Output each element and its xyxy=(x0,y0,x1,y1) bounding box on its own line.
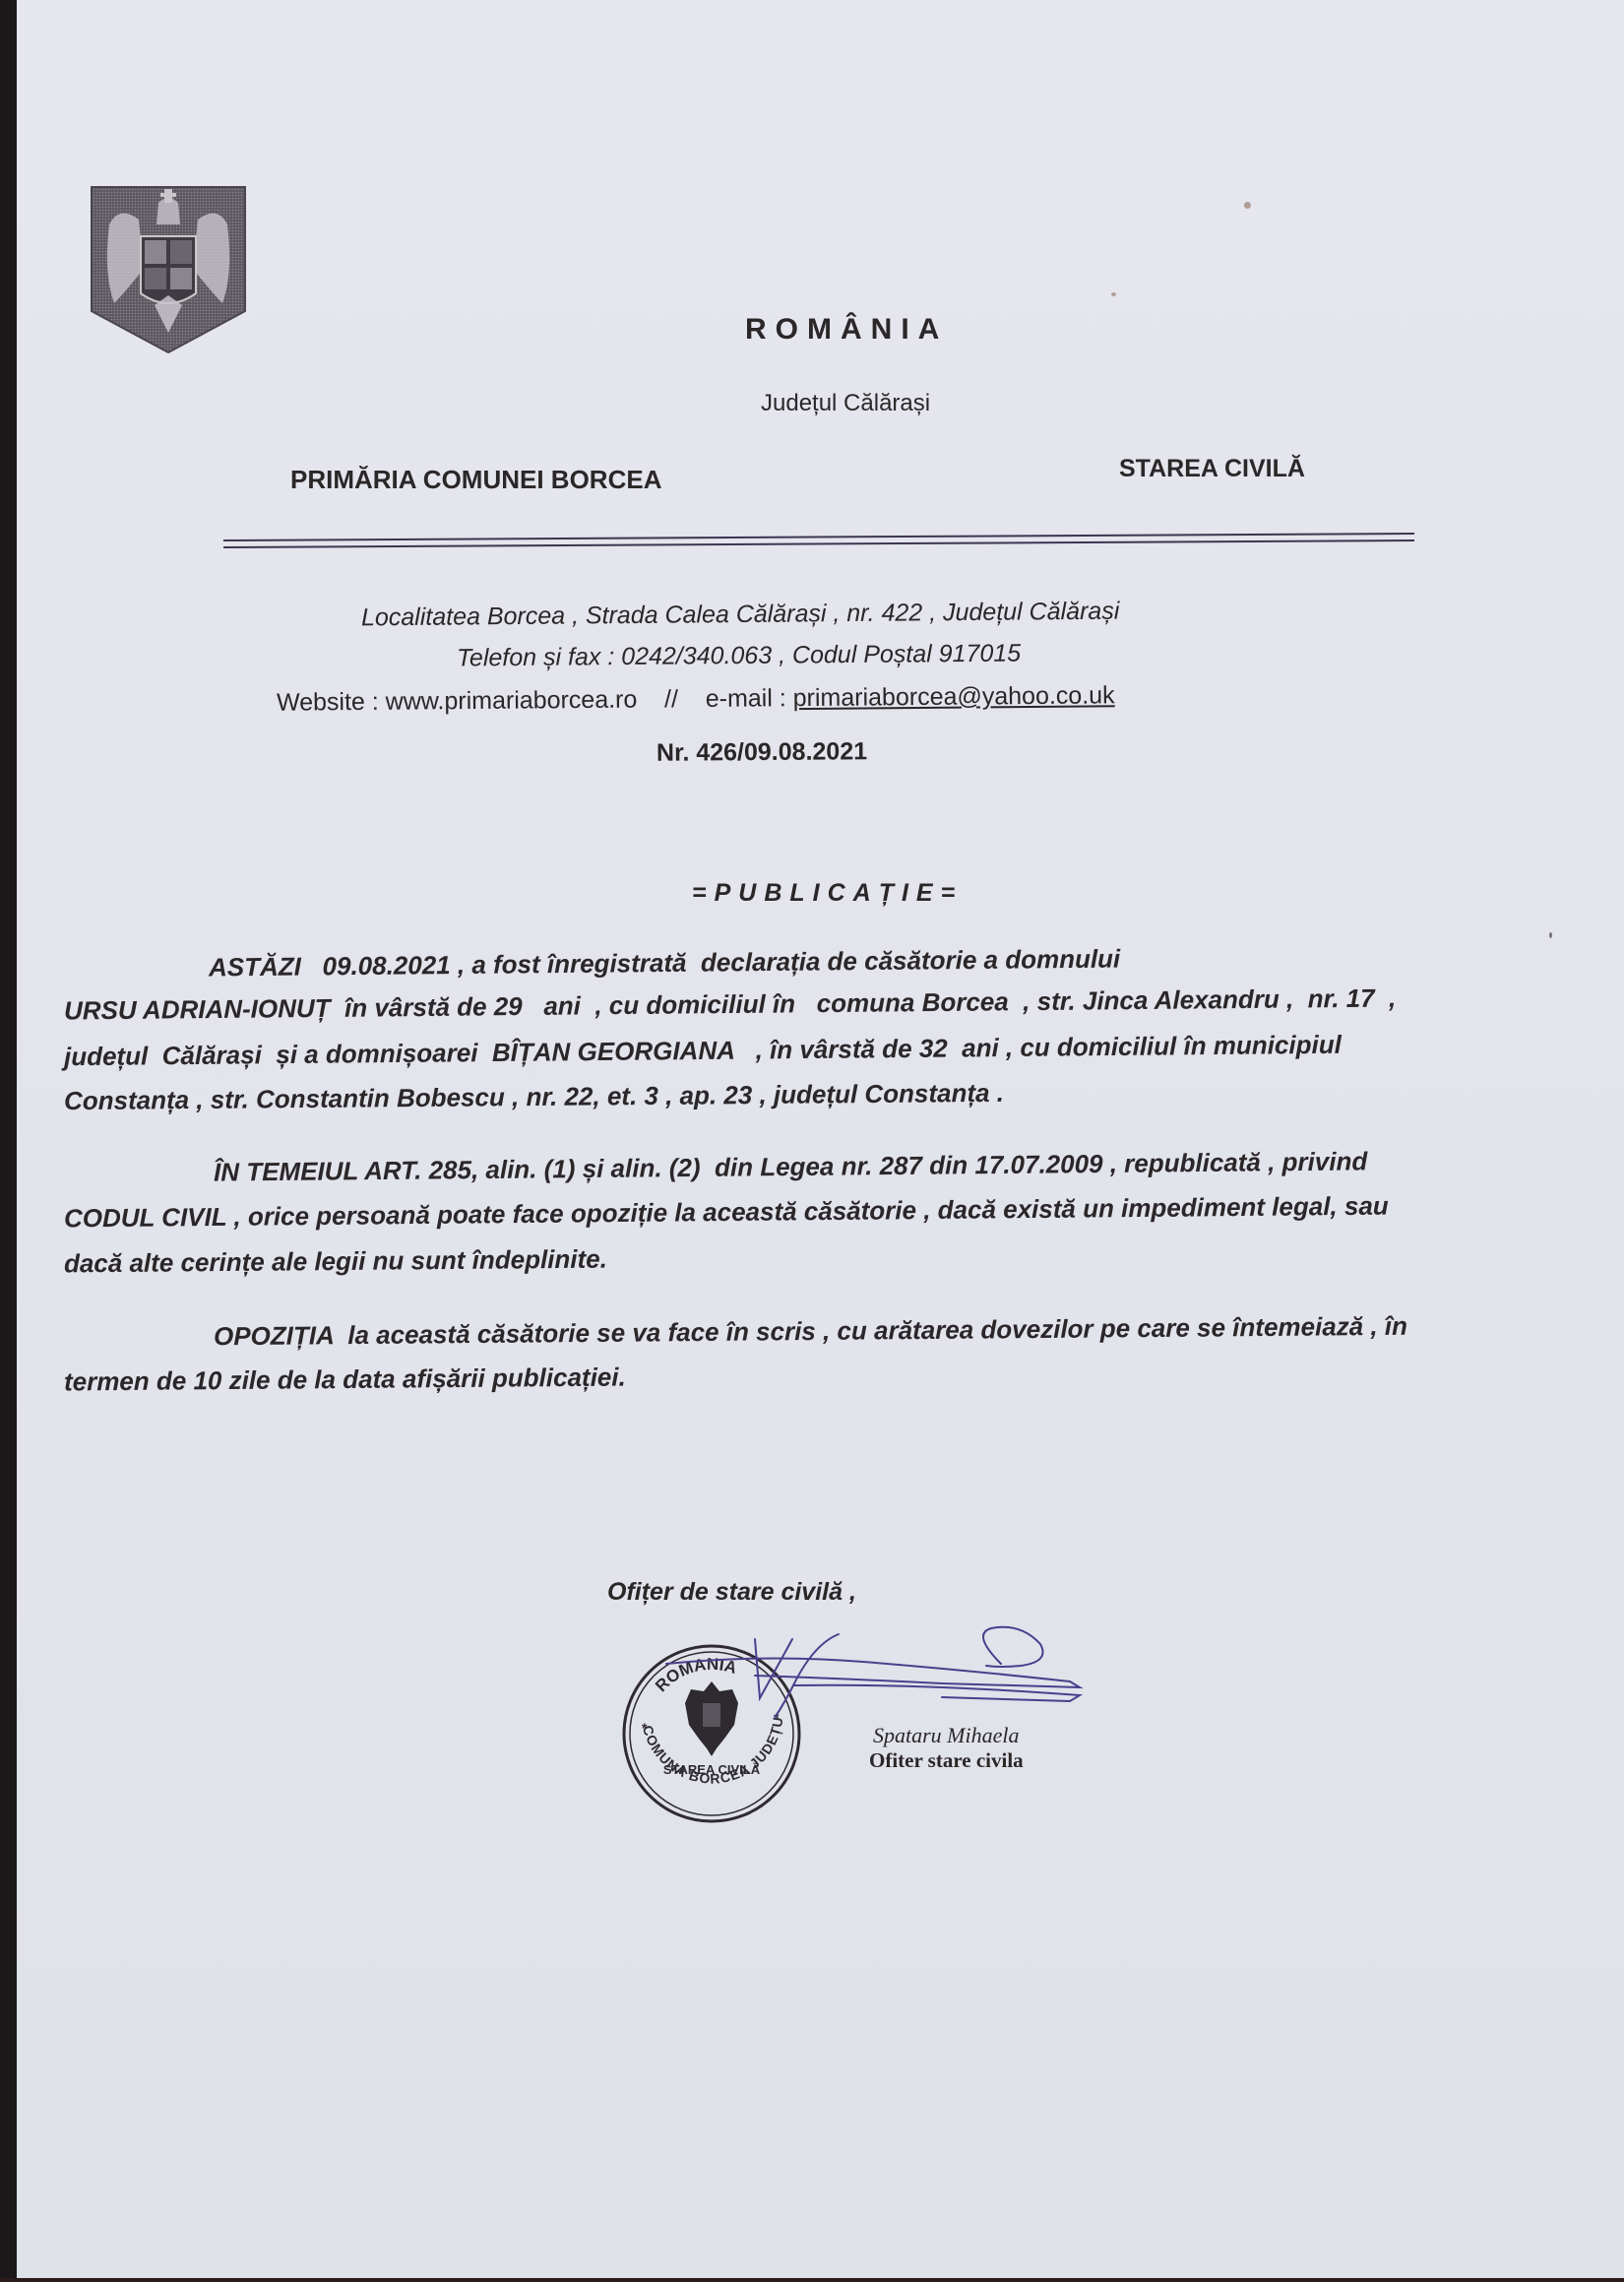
paper-speck xyxy=(1244,202,1251,209)
department-name: STAREA CIVILĂ xyxy=(1119,455,1305,483)
paragraph1-line3: județul Călărași și a domnișoarei BÎȚAN … xyxy=(64,1030,1342,1072)
paper-speck xyxy=(1549,932,1552,938)
paragraph1-line4: Constanța , str. Constantin Bobescu , nr… xyxy=(64,1078,1004,1116)
officer-label: Ofițer de stare civilă , xyxy=(607,1578,856,1607)
document-page: ROMÂNIA Județul Călărași PRIMĂRIA COMUNE… xyxy=(17,0,1624,2278)
paragraph2-line1: ÎN TEMEIUL ART. 285, alin. (1) și alin. … xyxy=(214,1146,1368,1187)
phone-line: Telefon și fax : 0242/340.063 , Codul Po… xyxy=(457,639,1021,672)
paragraph1-line2: URSU ADRIAN-IONUȚ în vârstă de 29 ani , … xyxy=(64,983,1397,1027)
handwritten-signature xyxy=(647,1624,1099,1733)
paragraph2-line3: dacă alte cerințe ale legii nu sunt înde… xyxy=(64,1244,607,1280)
paragraph1-line1: ASTĂZI 09.08.2021 , a fost înregistrată … xyxy=(209,944,1120,983)
address-line: Localitatea Borcea , Strada Calea Călăra… xyxy=(361,598,1120,633)
publication-title: =PUBLICAȚIE= xyxy=(692,879,963,908)
header-divider xyxy=(223,533,1414,548)
signer-title: Ofiter stare civila xyxy=(869,1748,1024,1773)
registration-number: Nr. 426/09.08.2021 xyxy=(656,737,867,767)
scan-border-bottom xyxy=(0,2278,1624,2282)
website-line: Website : www.primariaborcea.ro // e-mai… xyxy=(277,681,1115,717)
romanian-coat-of-arms-icon xyxy=(90,185,247,354)
scan-border-left xyxy=(0,0,17,2282)
institution-name: PRIMĂRIA COMUNEI BORCEA xyxy=(290,465,661,495)
paragraph3-line2: termen de 10 zile de la data afișării pu… xyxy=(64,1363,626,1398)
signer-name: Spataru Mihaela xyxy=(873,1723,1020,1748)
website-text: Website : www.primariaborcea.ro // e-mai… xyxy=(277,684,793,717)
paragraph2-line2: CODUL CIVIL , orice persoană poate face … xyxy=(64,1191,1389,1235)
county-name: Județul Călărași xyxy=(761,390,930,417)
country-heading: ROMÂNIA xyxy=(745,313,948,347)
paragraph3-line1: OPOZIȚIA la această căsătorie se va face… xyxy=(214,1311,1407,1353)
email-link[interactable]: primariaborcea@yahoo.co.uk xyxy=(793,681,1115,712)
paper-speck xyxy=(1111,292,1116,296)
stamp-center-text: STAREA CIVILĂ xyxy=(663,1762,761,1777)
